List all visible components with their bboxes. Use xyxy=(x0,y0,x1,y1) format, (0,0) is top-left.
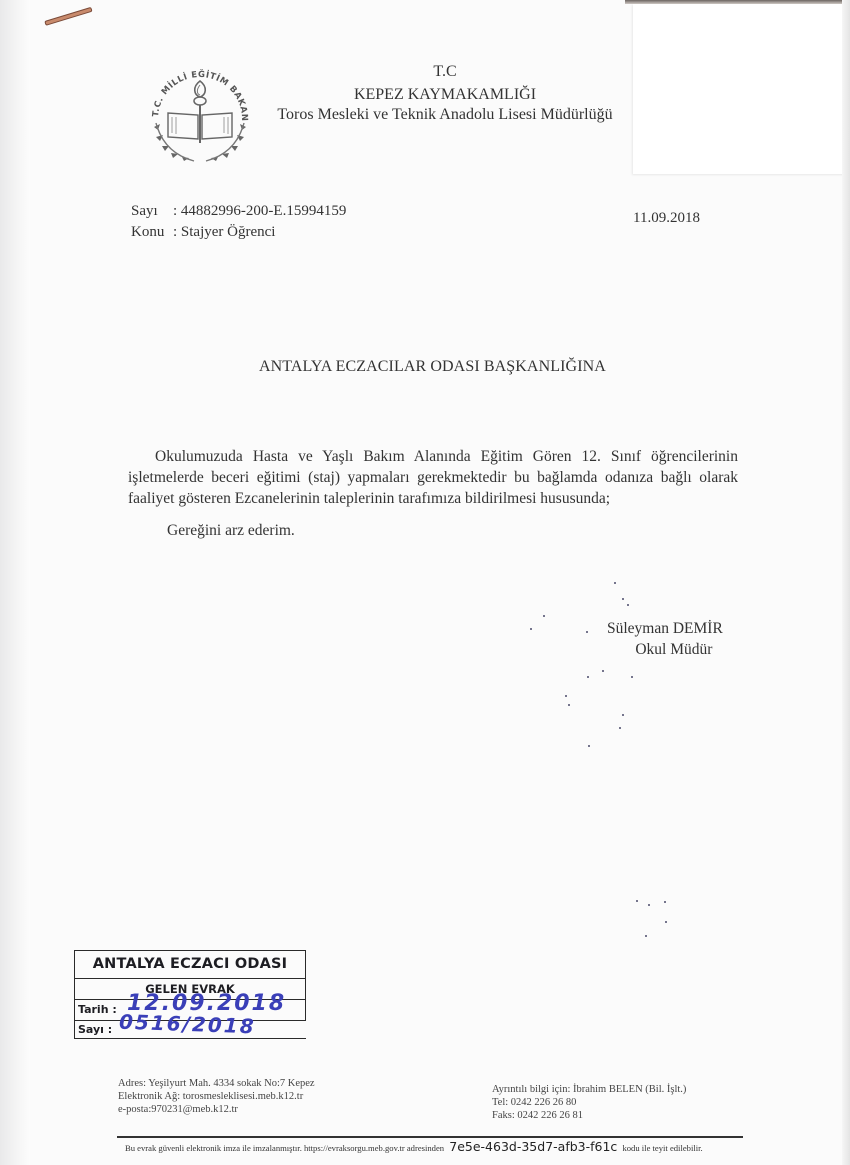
verify-prefix: Bu evrak güvenli elektronik imza ile imz… xyxy=(125,1143,444,1153)
scan-edge-left xyxy=(0,0,30,1165)
header-tc: T.C xyxy=(260,63,630,81)
footer-email: e-posta:970231@meb.k12.tr xyxy=(118,1103,315,1116)
stamp-number-row: Sayı : 0516/2018 xyxy=(74,1020,306,1039)
verify-code: 7e5e-463d-35d7-afb3-f61c xyxy=(449,1139,617,1154)
e-signature-verification: Bu evrak güvenli elektronik imza ile imz… xyxy=(125,1139,703,1154)
letter-body: Okulumuzuda Hasta ve Yaşlı Bakım Alanınd… xyxy=(128,446,738,509)
footer-contact-block: Ayrıntılı bilgi için: İbrahim BELEN (Bil… xyxy=(492,1083,686,1122)
reference-number: Sayı: 44882996-200-E.15994159 xyxy=(131,203,346,220)
footer-divider xyxy=(117,1136,743,1138)
stamp-number-handwritten: 0516/2018 xyxy=(119,1014,256,1036)
header-governorship: KEPEZ KAYMAKAMLIĞI xyxy=(260,86,630,104)
signer-title: Okul Müdür xyxy=(625,639,723,660)
footer-address-block: Adres: Yeşilyurt Mah. 4334 sokak No:7 Ke… xyxy=(118,1077,315,1116)
addressee: ANTALYA ECZACILAR ODASI BAŞKANLIĞINA xyxy=(259,358,606,376)
scan-edge-right xyxy=(842,0,850,1165)
header-school: Toros Mesleki ve Teknik Anadolu Lisesi M… xyxy=(260,106,630,124)
stamp-number-label: Sayı : xyxy=(78,1023,112,1036)
sayi-value: : 44882996-200-E.15994159 xyxy=(173,203,346,219)
closing: Gereğini arz ederim. xyxy=(167,522,295,540)
footer-contact: Ayrıntılı bilgi için: İbrahim BELEN (Bil… xyxy=(492,1083,686,1096)
konu-label: Konu xyxy=(131,224,173,241)
verify-suffix: kodu ile teyit edilebilir. xyxy=(622,1143,702,1153)
paper-flap xyxy=(633,4,850,174)
konu-value: : Stajyer Öğrenci xyxy=(173,224,275,240)
pen-mark xyxy=(44,7,92,26)
subject: Konu: Stajyer Öğrenci xyxy=(131,224,275,241)
footer-fax: Faks: 0242 226 26 81 xyxy=(492,1109,686,1122)
footer-address: Adres: Yeşilyurt Mah. 4334 sokak No:7 Ke… xyxy=(118,1077,315,1090)
stamp-date-label: Tarih : xyxy=(78,1003,117,1016)
signer-name: Süleyman DEMİR xyxy=(607,618,723,639)
footer-web: Elektronik Ağ: torosmesleklisesi.meb.k12… xyxy=(118,1090,315,1103)
received-stamp: ANTALYA ECZACI ODASI GELEN EVRAK Tarih :… xyxy=(74,950,306,1039)
sayi-label: Sayı xyxy=(131,203,173,220)
svg-text:T.C. MİLLİ EĞİTİM BAKANLIĞI: T.C. MİLLİ EĞİTİM BAKANLIĞI xyxy=(144,57,249,122)
body-paragraph: Okulumuzuda Hasta ve Yaşlı Bakım Alanınd… xyxy=(128,446,738,509)
footer-tel: Tel: 0242 226 26 80 xyxy=(492,1096,686,1109)
ministry-logo-icon: T.C. MİLLİ EĞİTİM BAKANLIĞI xyxy=(144,57,256,167)
stamp-org: ANTALYA ECZACI ODASI xyxy=(74,950,306,978)
signature-block: Süleyman DEMİR Okul Müdür xyxy=(607,618,723,660)
letter-date: 11.09.2018 xyxy=(633,210,700,227)
